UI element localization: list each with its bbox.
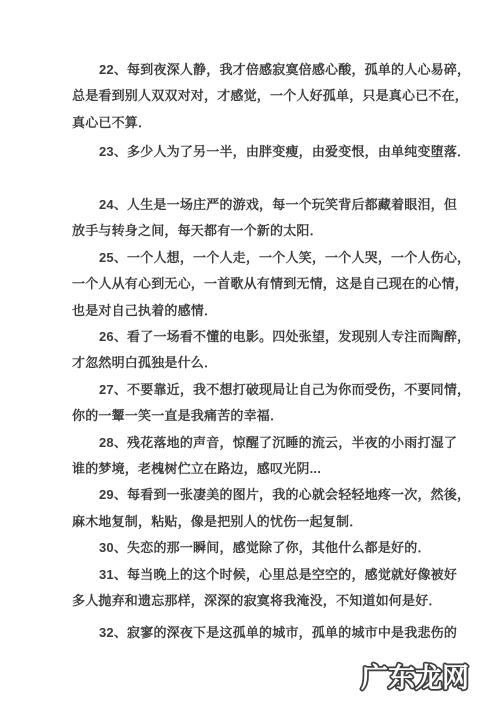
quote-line: 也是对自己执着的感情．	[72, 298, 470, 324]
quote-line: 总是看到别人双双对对，才感觉，一个人好孤单，只是真心已不在，	[72, 83, 470, 109]
quote-line: 麻木地复制，粘贴，像是把别人的忧伤一起复制．	[72, 509, 470, 535]
watermark: 广东龙网	[356, 656, 484, 700]
quote-line-first: 27、不要靠近，我不想打破现局让自己为你而受伤，不要同情，	[72, 377, 470, 403]
quote-line-first: 29、每看到一张凄美的图片，我的心就会轻轻地疼一次，然後，	[72, 482, 470, 508]
quote-item-31: 31、每当晚上的这个时候，心里总是空空的，感觉就好像被好多人抛弃和遗忘那样，深深…	[72, 562, 470, 615]
quote-item-29: 29、每看到一张凄美的图片，我的心就会轻轻地疼一次，然後，麻木地复制，粘贴，像是…	[72, 482, 470, 535]
quote-line: 放手与转身之间，每天都有一个新的太阳．	[72, 218, 470, 244]
quote-line: 一个人从有心到无心，一首歌从有情到无情，这是自己现在的心情，	[72, 271, 470, 297]
quote-line-first: 31、每当晚上的这个时候，心里总是空空的，感觉就好像被好	[72, 562, 470, 588]
watermark-text: 广东龙网	[361, 663, 469, 693]
quote-line-first: 25、一个人想，一个人走，一个人笑，一个人哭，一个人伤心，	[72, 245, 470, 271]
quote-line-first: 22、每到夜深人静，我才倍感寂寞倍感心酸，孤单的人心易碎，	[72, 57, 470, 83]
quote-item-22: 22、每到夜深人静，我才倍感寂寞倍感心酸，孤单的人心易碎，总是看到别人双双对对，…	[72, 57, 470, 136]
quote-line-first: 28、残花落地的声音，惊醒了沉睡的流云，半夜的小雨打湿了	[72, 430, 470, 456]
quote-item-23: 23、多少人为了另一半，由胖变瘦，由爱变恨，由单纯变堕落．	[72, 139, 470, 165]
quote-item-30: 30、失恋的那一瞬间，感觉除了你，其他什么都是好的．	[72, 535, 470, 561]
quote-line-first: 24、人生是一场庄严的游戏，每一个玩笑背后都藏着眼泪，但	[72, 192, 470, 218]
quote-item-24: 24、人生是一场庄严的游戏，每一个玩笑背后都藏着眼泪，但放手与转身之间，每天都有…	[72, 192, 470, 245]
quote-line: 才忽然明白孤独是什么．	[72, 350, 470, 376]
quote-item-25: 25、一个人想，一个人走，一个人笑，一个人哭，一个人伤心，一个人从有心到无心，一…	[72, 245, 470, 324]
quote-item-27: 27、不要靠近，我不想打破现局让自己为你而受伤，不要同情，你的一颦一笑一直是我痛…	[72, 377, 470, 430]
quote-line: 你的一颦一笑一直是我痛苦的幸福．	[72, 403, 470, 429]
quote-line: 多人抛弃和遗忘那样，深深的寂寞将我淹没，不知道如何是好．	[72, 588, 470, 614]
quote-line: 谁的梦境，老槐树伫立在路边，感叹光阴...	[72, 456, 470, 482]
quote-item-26: 26、看了一场看不懂的电影。四处张望，发现别人专注而陶醉，才忽然明白孤独是什么．	[72, 324, 470, 377]
quote-line-first: 26、看了一场看不懂的电影。四处张望，发现别人专注而陶醉，	[72, 324, 470, 350]
quote-list: 22、每到夜深人静，我才倍感寂寞倍感心酸，孤单的人心易碎，总是看到别人双双对对，…	[72, 57, 470, 646]
quote-line-first: 23、多少人为了另一半，由胖变瘦，由爱变恨，由单纯变堕落．	[72, 139, 470, 165]
quote-line-first: 30、失恋的那一瞬间，感觉除了你，其他什么都是好的．	[72, 535, 470, 561]
quote-line-first: 32、寂寥的深夜下是这孤单的城市，孤单的城市中是我悲伤的	[72, 620, 470, 646]
quote-item-32: 32、寂寥的深夜下是这孤单的城市，孤单的城市中是我悲伤的	[72, 620, 470, 646]
article-page: 22、每到夜深人静，我才倍感寂寞倍感心酸，孤单的人心易碎，总是看到别人双双对对，…	[0, 0, 500, 708]
quote-item-28: 28、残花落地的声音，惊醒了沉睡的流云，半夜的小雨打湿了谁的梦境，老槐树伫立在路…	[72, 430, 470, 483]
quote-line: 真心已不算．	[72, 110, 470, 136]
